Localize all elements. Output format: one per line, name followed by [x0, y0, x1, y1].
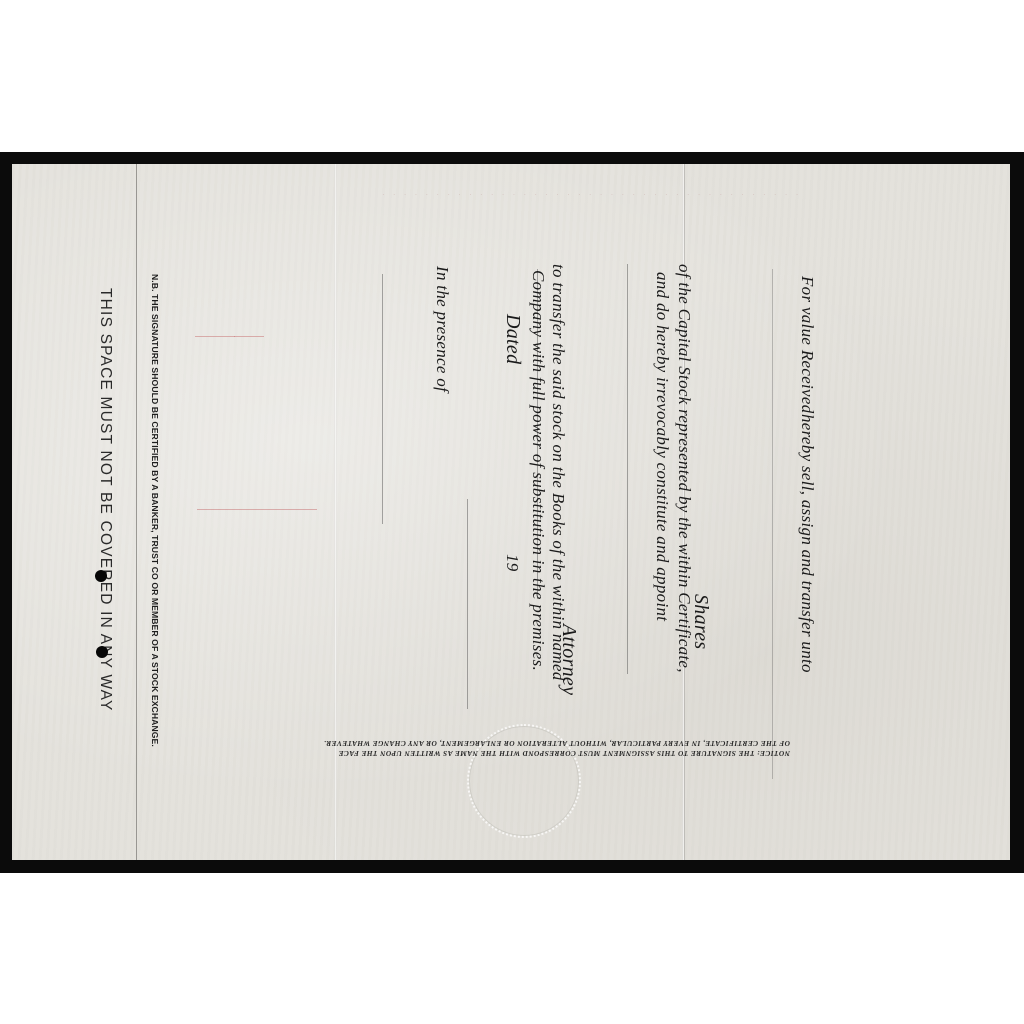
punch-hole: [96, 646, 108, 658]
capital-stock-line: of the Capital Stock represented by the …: [674, 264, 694, 673]
red-rule: [195, 336, 235, 337]
appoint-line: and do hereby irrevocably constitute and…: [652, 272, 672, 621]
year-prefix: 19: [502, 554, 522, 572]
transfer-line: to transfer the said stock on the Books …: [548, 264, 568, 681]
dated-line: [467, 499, 468, 709]
presence-signature-line: [382, 274, 383, 524]
substitution-line: Company with full power of substitution …: [528, 270, 548, 671]
assignee-line: [772, 269, 773, 779]
signature-notice: NOTICE: THE SIGNATURE TO THIS ASSIGNMENT…: [324, 738, 790, 758]
red-rule: [197, 509, 317, 510]
sell-assign-transfer: hereby sell, assign and transfer unto: [797, 414, 817, 673]
notice-line-1: NOTICE: THE SIGNATURE TO THIS ASSIGNMENT…: [324, 748, 790, 758]
certificate-back: · · · · · · · · · · · · · · · · · · · · …: [12, 164, 1010, 860]
punch-hole: [95, 570, 107, 582]
in-presence-of: In the presence of: [432, 266, 452, 392]
left-panel-divider: [136, 164, 137, 860]
notice-line-2: OF THE CERTIFICATE, IN EVERY PARTICULAR,…: [324, 738, 790, 748]
red-rule: [234, 336, 264, 337]
dated-label: Dated: [501, 314, 524, 364]
certification-note: N.B. THE SIGNATURE SHOULD BE CERTIFIED B…: [150, 274, 160, 747]
shares-line: [627, 264, 628, 674]
for-value-received: For value Received: [797, 276, 817, 414]
faint-show-through-text: · · · · · · · · · · · · · · · · · · · · …: [382, 190, 801, 199]
